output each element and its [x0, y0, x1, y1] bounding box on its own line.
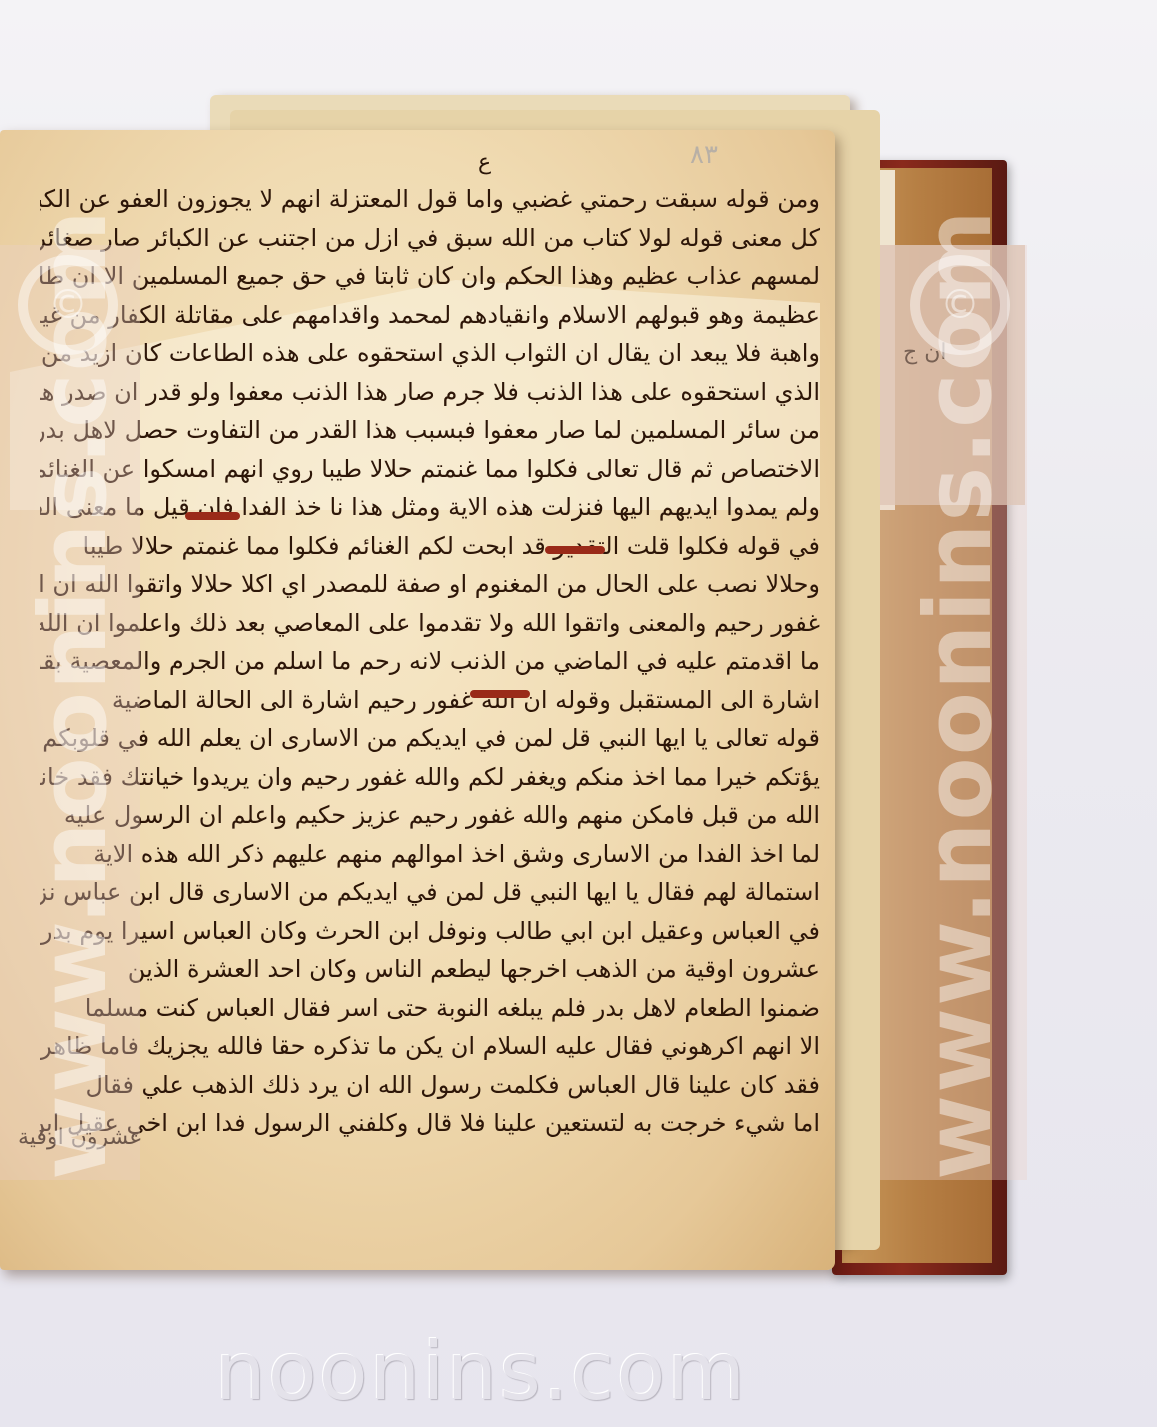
rubric-overline	[470, 690, 530, 698]
copyright-icon: ©	[910, 255, 1010, 355]
text-line: اشارة الى المستقبل وقوله ان الله غفور رح…	[40, 681, 820, 720]
watermark-vertical-left: www.noonins.com	[20, 245, 127, 1180]
text-line: قوله تعالى يا ايها النبي قل لمن في ايديك…	[40, 719, 820, 758]
rubric-overline	[545, 546, 605, 554]
rubric-overline	[185, 512, 240, 520]
text-line: عشرون اوقية من الذهب اخرجها ليطعم الناس …	[40, 950, 820, 989]
text-line: اما شيء خرجت به لتستعين علينا فلا قال وك…	[40, 1104, 820, 1143]
text-line: كل معنى قوله لولا كتاب من الله سبق في از…	[40, 219, 820, 258]
watermark-vertical-right: www.noonins.com	[905, 245, 1012, 1180]
manuscript-text: ومن قوله سبقت رحمتي غضبي واما قول المعتز…	[40, 180, 820, 1143]
text-line: غفور رحيم والمعنى واتقوا الله ولا تقدموا…	[40, 604, 820, 643]
text-line: يؤتكم خيرا مما اخذ منكم ويغفر لكم والله …	[40, 758, 820, 797]
text-line: ولم يمدوا ايديهم اليها فنزلت هذه الاية و…	[40, 488, 820, 527]
text-line: وحلالا نصب على الحال من المغنوم او صفة ل…	[40, 565, 820, 604]
copyright-icon: ©	[18, 255, 118, 355]
text-line: استمالة لهم فقال يا ايها النبي قل لمن في…	[40, 873, 820, 912]
text-line: فقد كان علينا قال العباس فكلمت رسول الله…	[40, 1066, 820, 1105]
text-line: ومن قوله سبقت رحمتي غضبي واما قول المعتز…	[40, 180, 820, 219]
text-line: لما اخذ الفدا من الاسارى وشق اخذ اموالهم…	[40, 835, 820, 874]
top-marker: ع	[478, 150, 491, 175]
manuscript-photo: لسـ قوا يقف الا اخ ع ان ج ٨٣ ع ومن قوله …	[0, 0, 1157, 1427]
text-line: الله من قبل فامكن منهم والله غفور رحيم ع…	[40, 796, 820, 835]
text-line: في قوله فكلوا قلت التقدير قد ابحت لكم ال…	[40, 527, 820, 566]
text-line: في العباس وعقيل ابن ابي طالب ونوفل ابن ا…	[40, 912, 820, 951]
text-line: عظيمة وهو قبولهم الاسلام وانقيادهم لمحمد…	[40, 296, 820, 335]
text-line: واهبة فلا يبعد ان يقال ان الثواب الذي اس…	[40, 334, 820, 373]
watermark-bottom: noonins.com	[215, 1325, 747, 1418]
text-line: لمسهم عذاب عظيم وهذا الحكم وان كان ثابتا…	[40, 257, 820, 296]
folio-number: ٨٣	[690, 140, 718, 170]
text-line: الاختصاص ثم قال تعالى فكلوا مما غنمتم حل…	[40, 450, 820, 489]
text-line: الذي استحقوه على هذا الذنب فلا جرم صار ه…	[40, 373, 820, 412]
text-line: ما اقدمتم عليه في الماضي من الذنب لانه ر…	[40, 642, 820, 681]
text-line: من سائر المسلمين لما صار معفوا فبسبب هذا…	[40, 411, 820, 450]
text-line: ضمنوا الطعام لاهل بدر فلم يبلغه النوبة ح…	[40, 989, 820, 1028]
text-line: الا انهم اكرهوني فقال عليه السلام ان يكن…	[40, 1027, 820, 1066]
